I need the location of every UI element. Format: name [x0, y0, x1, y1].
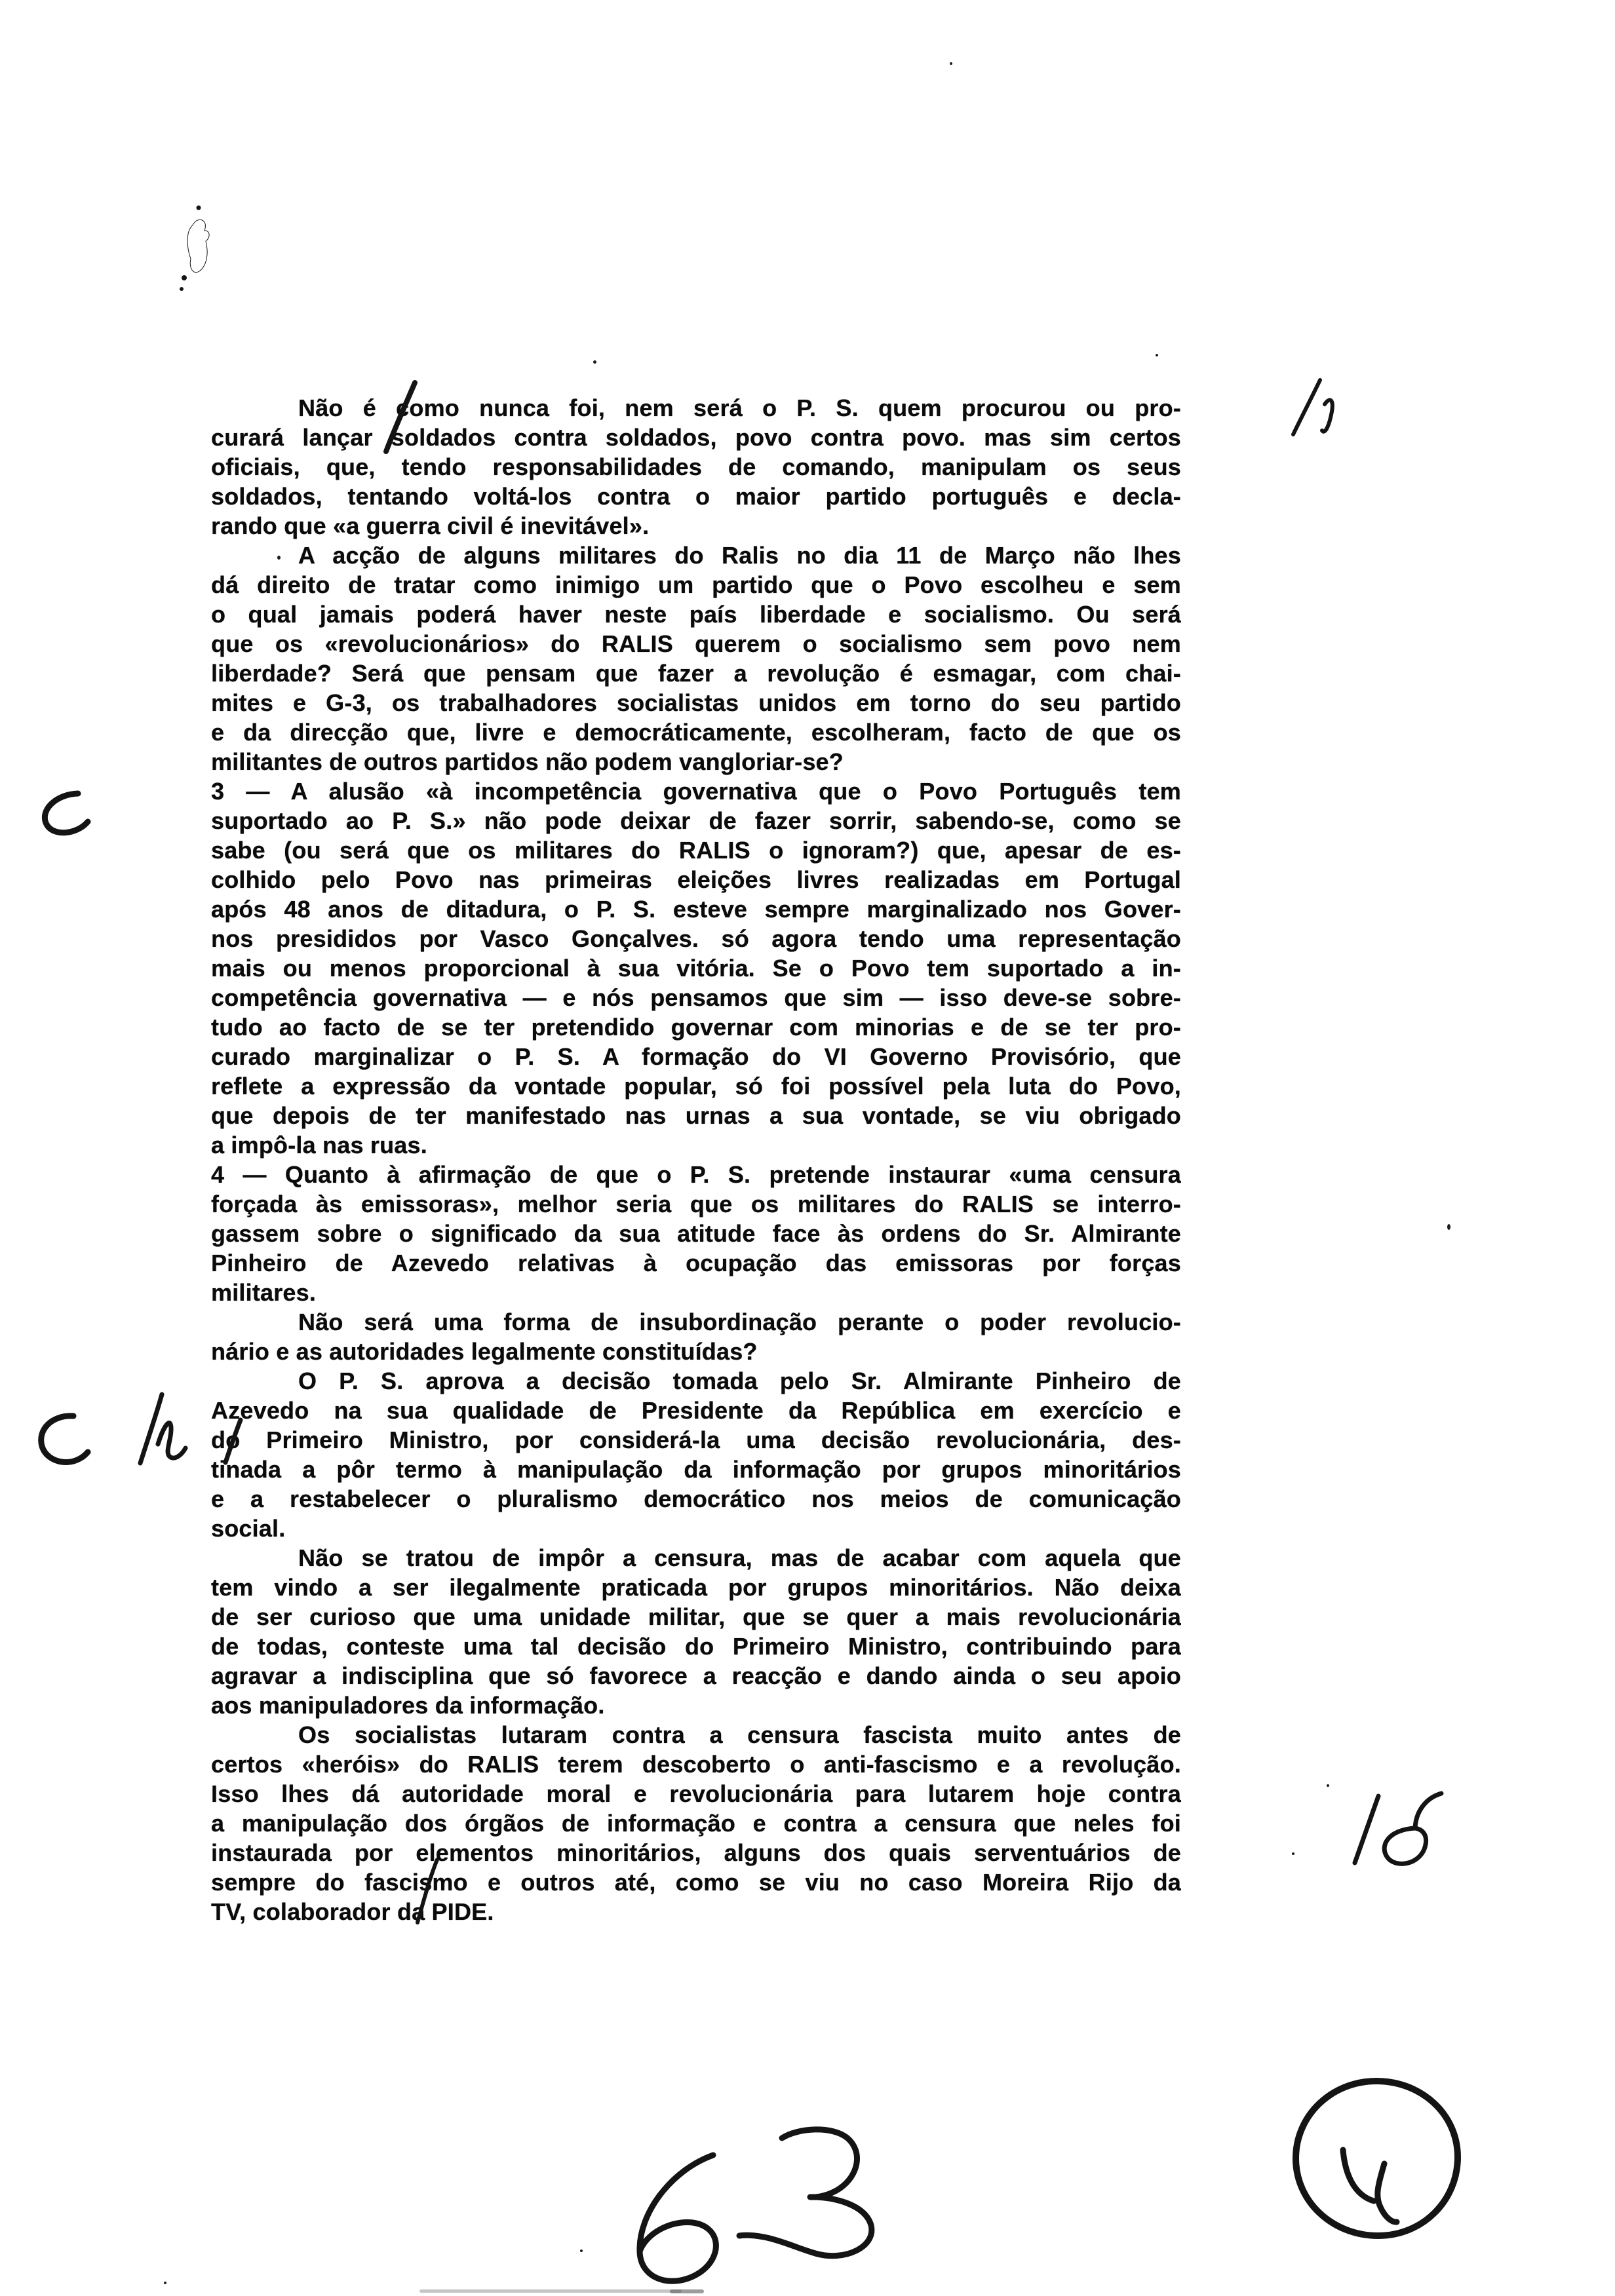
margin-c-mark-2: [41, 1416, 88, 1463]
scan-speck: [1447, 1224, 1450, 1230]
text-line: soldados, tentando voltá-los contra o ma…: [211, 482, 1181, 511]
text-line: social.: [211, 1514, 1181, 1543]
text-line: 3 — A alusão «à incompetência governativ…: [211, 776, 1181, 806]
scan-speck: [580, 2249, 583, 2252]
text-line: sabe (ou será que os militares do RALIS …: [211, 835, 1181, 865]
top-right-handwritten-mark: [1293, 380, 1333, 434]
text-line: de todas, conteste uma tal decisão do Pr…: [211, 1632, 1181, 1661]
text-line: forçada às emissoras», melhor seria que …: [211, 1189, 1181, 1219]
paragraph: 4 — Quanto à afirmação de que o P. S. pr…: [211, 1160, 1181, 1307]
text-line: Pinheiro de Azevedo relativas à ocupação…: [211, 1248, 1181, 1278]
text-line: colhido pelo Povo nas primeiras eleições…: [211, 865, 1181, 894]
text-line: reflete a expressão da vontade popular, …: [211, 1071, 1181, 1101]
text-line: tem vindo a ser ilegalmente praticada po…: [211, 1573, 1181, 1602]
text-line: instaurada por elementos minoritários, a…: [211, 1838, 1181, 1867]
text-line: que os «revolucionários» do RALIS querem…: [211, 629, 1181, 659]
text-line: gassem sobre o significado da sua atitud…: [211, 1219, 1181, 1248]
paragraph: 3 — A alusão «à incompetência governativ…: [211, 776, 1181, 1160]
text-line: militares.: [211, 1278, 1181, 1307]
text-line: que depois de ter manifestado nas urnas …: [211, 1101, 1181, 1130]
scan-speck: [1292, 1852, 1294, 1855]
text-line: e da direcção que, livre e democráticame…: [211, 717, 1181, 747]
text-line: rando que «a guerra civil é inevitável».: [211, 511, 1181, 541]
paragraph: Não será uma forma de insubordinação per…: [211, 1307, 1181, 1366]
text-line: a manipulação dos órgãos de informação e…: [211, 1808, 1181, 1838]
text-line: Azevedo na sua qualidade de Presidente d…: [211, 1396, 1181, 1425]
paragraph: Os socialistas lutaram contra a censura …: [211, 1720, 1181, 1926]
scan-speck: [1156, 354, 1158, 356]
text-line: após 48 anos de ditadura, o P. S. esteve…: [211, 894, 1181, 924]
margin-slash-ell-mark: [140, 1394, 185, 1463]
text-line: competência governativa — e nós pensamos…: [211, 983, 1181, 1012]
text-line: nos presididos por Vasco Gonçalves. só a…: [211, 924, 1181, 953]
text-line: Não é como nunca foi, nem será o P. S. q…: [211, 393, 1181, 423]
right-margin-one-delta-mark: [1355, 1793, 1441, 1864]
text-line: certos «heróis» do RALIS terem descobert…: [211, 1750, 1181, 1779]
paragraph: O P. S. aprova a decisão tomada pelo Sr.…: [211, 1366, 1181, 1543]
text-line: dá direito de tratar como inimigo um par…: [211, 570, 1181, 600]
text-line: liberdade? Será que pensam que fazer a r…: [211, 659, 1181, 688]
text-line: suportado ao P. S.» não pode deixar de f…: [211, 806, 1181, 835]
scan-speck: [1327, 1784, 1329, 1787]
text-line: Os socialistas lutaram contra a censura …: [211, 1720, 1181, 1750]
scan-speck: [164, 2282, 166, 2284]
text-line: curará lançar soldados contra soldados, …: [211, 423, 1181, 452]
text-line: Não será uma forma de insubordinação per…: [211, 1307, 1181, 1337]
scanned-document-page: Não é como nunca foi, nem será o P. S. q…: [0, 0, 1615, 2296]
text-line: TV, colaborador da PIDE.: [211, 1897, 1181, 1926]
scan-speck: [950, 62, 952, 65]
paragraph: Não é como nunca foi, nem será o P. S. q…: [211, 393, 1181, 541]
margin-c-mark-1: [45, 794, 88, 833]
ink-blot: [180, 206, 209, 292]
text-line: agravar a indisciplina que só favorece a…: [211, 1661, 1181, 1691]
text-column: Não é como nunca foi, nem será o P. S. q…: [211, 393, 1181, 1926]
text-line: mais ou menos proporcional à sua vitória…: [211, 953, 1181, 983]
text-line: sempre do fascismo e outros até, como se…: [211, 1867, 1181, 1897]
text-line: O P. S. aprova a decisão tomada pelo Sr.…: [211, 1366, 1181, 1396]
text-line: A acção de alguns militares do Ralis no …: [211, 541, 1181, 570]
paragraph: A acção de alguns militares do Ralis no …: [211, 541, 1181, 776]
paragraph: Não se tratou de impôr a censura, mas de…: [211, 1543, 1181, 1720]
text-line: oficiais, que, tendo responsabilidades d…: [211, 452, 1181, 482]
text-line: e a restabelecer o pluralismo democrátic…: [211, 1484, 1181, 1514]
scan-edge-artifact: [670, 2289, 704, 2293]
text-line: tudo ao facto de se ter pretendido gover…: [211, 1012, 1181, 1042]
handwritten-page-number: [640, 2130, 872, 2281]
circled-number-mark: [1296, 2081, 1458, 2236]
text-line: 4 — Quanto à afirmação de que o P. S. pr…: [211, 1160, 1181, 1189]
text-line: de ser curioso que uma unidade militar, …: [211, 1602, 1181, 1632]
text-line: curado marginalizar o P. S. A formação d…: [211, 1042, 1181, 1071]
scan-speck: [593, 360, 596, 364]
text-line: tinada a pôr termo à manipulação da info…: [211, 1455, 1181, 1484]
text-line: Não se tratou de impôr a censura, mas de…: [211, 1543, 1181, 1573]
text-line: mites e G-3, os trabalhadores socialista…: [211, 688, 1181, 717]
scan-speck: [277, 556, 281, 560]
scan-edge-artifact: [419, 2289, 682, 2293]
text-line: a impô-la nas ruas.: [211, 1130, 1181, 1160]
text-line: aos manipuladores da informação.: [211, 1691, 1181, 1720]
text-line: do Primeiro Ministro, por considerá-la u…: [211, 1425, 1181, 1455]
text-line: Isso lhes dá autoridade moral e revoluci…: [211, 1779, 1181, 1808]
text-line: o qual jamais poderá haver neste país li…: [211, 600, 1181, 629]
text-line: militantes de outros partidos não podem …: [211, 747, 1181, 776]
text-line: nário e as autoridades legalmente consti…: [211, 1337, 1181, 1366]
